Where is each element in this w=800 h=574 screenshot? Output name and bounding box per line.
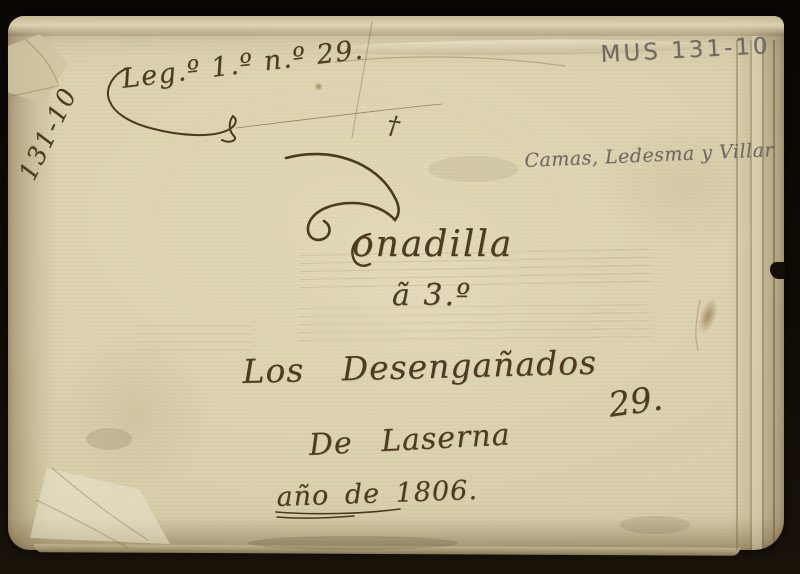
photograph-background: Leg.º 1.º n.º 29. 131-10 MUS 131-10 † Ca… xyxy=(0,0,800,574)
music-showthrough xyxy=(136,326,252,356)
fore-edge-highlight xyxy=(752,36,762,550)
stain xyxy=(695,296,721,335)
stain xyxy=(428,156,518,182)
fore-edge-line xyxy=(736,40,738,550)
paper-top-fold xyxy=(8,16,784,36)
fore-edge-line xyxy=(750,40,752,550)
edge-chip xyxy=(770,262,785,279)
item-number: 29. xyxy=(606,378,665,425)
stain xyxy=(314,82,323,91)
stain xyxy=(248,536,458,550)
stain xyxy=(86,428,132,450)
title-text: onadilla xyxy=(352,224,513,265)
fore-edge-line xyxy=(773,40,775,550)
music-showthrough xyxy=(300,304,650,342)
fore-edge-line xyxy=(762,40,764,550)
scoring: ã 3.º xyxy=(392,278,472,313)
stain xyxy=(620,516,690,534)
